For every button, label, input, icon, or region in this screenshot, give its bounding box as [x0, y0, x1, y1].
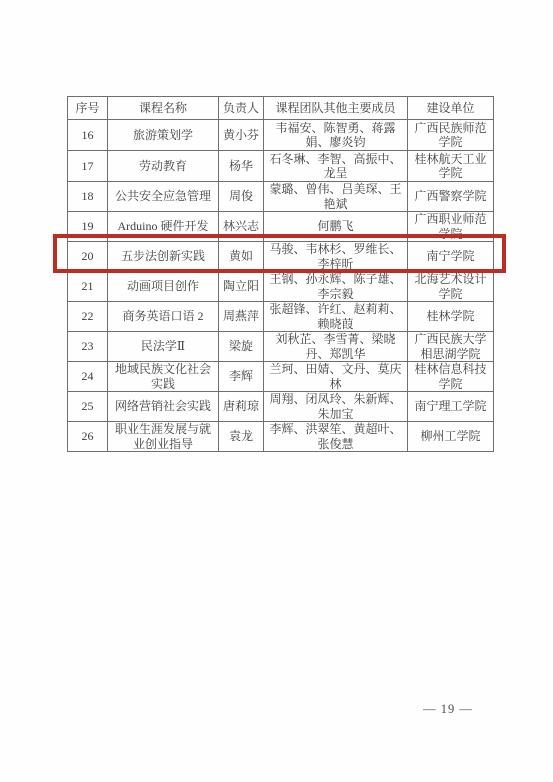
cell-members: 何鹏飞 — [264, 212, 408, 242]
cell-leader: 林兴志 — [219, 212, 264, 242]
cell-course: 民法学Ⅱ — [108, 332, 219, 362]
page-number: — 19 — — [408, 702, 488, 717]
cell-course: 地域民族文化社会实践 — [108, 362, 219, 392]
cell-unit: 广西职业师范学院 — [408, 212, 494, 242]
cell-index: 21 — [68, 272, 108, 302]
cell-unit: 柳州工学院 — [408, 422, 494, 452]
cell-leader: 周燕萍 — [219, 302, 264, 332]
table-row: 17 劳动教育 杨华 石冬琳、李智、高振中、龙呈 桂林航天工业学院 — [68, 151, 494, 182]
table-row-highlighted: 20 五步法创新实践 黄如 马骏、韦林杉、罗维长、李梓昕 南宁学院 — [68, 242, 494, 272]
cell-members: 兰珂、田婧、文丹、莫庆林 — [264, 362, 408, 392]
cell-leader: 黄小芬 — [219, 120, 264, 151]
cell-index: 16 — [68, 120, 108, 151]
table-row: 16 旅游策划学 黄小芬 韦福安、陈智勇、蒋露娟、廖炎钧 广西民族师范学院 — [68, 120, 494, 151]
cell-leader: 梁旋 — [219, 332, 264, 362]
cell-unit: 广西民族大学相思湖学院 — [408, 332, 494, 362]
cell-unit: 桂林学院 — [408, 302, 494, 332]
cell-course: 网络营销社会实践 — [108, 392, 219, 422]
cell-course: 旅游策划学 — [108, 120, 219, 151]
cell-course: 劳动教育 — [108, 151, 219, 182]
cell-course: 商务英语口语 2 — [108, 302, 219, 332]
cell-index: 26 — [68, 422, 108, 452]
cell-course: Arduino 硬件开发 — [108, 212, 219, 242]
cell-unit: 广西民族师范学院 — [408, 120, 494, 151]
cell-course: 五步法创新实践 — [108, 242, 219, 272]
table-row: 19 Arduino 硬件开发 林兴志 何鹏飞 广西职业师范学院 — [68, 212, 494, 242]
cell-index: 20 — [68, 242, 108, 272]
cell-leader: 杨华 — [219, 151, 264, 182]
table-row: 22 商务英语口语 2 周燕萍 张超锋、许红、赵莉莉、赖晓葭 桂林学院 — [68, 302, 494, 332]
cell-members: 韦福安、陈智勇、蒋露娟、廖炎钧 — [264, 120, 408, 151]
table-row: 18 公共安全应急管理 周俊 蒙璐、曾伟、吕美琛、王艳斌 广西警察学院 — [68, 182, 494, 212]
cell-leader: 唐莉琼 — [219, 392, 264, 422]
cell-unit: 桂林信息科技学院 — [408, 362, 494, 392]
table-row: 23 民法学Ⅱ 梁旋 刘秋芷、李雪菁、梁晓丹、郑凯华 广西民族大学相思湖学院 — [68, 332, 494, 362]
cell-unit: 南宁学院 — [408, 242, 494, 272]
cell-index: 19 — [68, 212, 108, 242]
cell-unit: 南宁理工学院 — [408, 392, 494, 422]
cell-unit: 北海艺术设计学院 — [408, 272, 494, 302]
cell-leader: 周俊 — [219, 182, 264, 212]
cell-course: 公共安全应急管理 — [108, 182, 219, 212]
cell-index: 23 — [68, 332, 108, 362]
cell-members: 石冬琳、李智、高振中、龙呈 — [264, 151, 408, 182]
header-cell-course: 课程名称 — [108, 97, 219, 120]
table-header-row: 序号 课程名称 负责人 课程团队其他主要成员 建设单位 — [68, 97, 494, 120]
cell-leader: 陶立阳 — [219, 272, 264, 302]
cell-leader: 黄如 — [219, 242, 264, 272]
cell-index: 17 — [68, 151, 108, 182]
table-row: 21 动画项目创作 陶立阳 王钢、孙永辉、陈子雄、李宗毅 北海艺术设计学院 — [68, 272, 494, 302]
table-row: 26 职业生涯发展与就业创业指导 袁龙 李辉、洪翠笙、黄超叶、张俊慧 柳州工学院 — [68, 422, 494, 452]
cell-members: 张超锋、许红、赵莉莉、赖晓葭 — [264, 302, 408, 332]
cell-index: 25 — [68, 392, 108, 422]
table-row: 25 网络营销社会实践 唐莉琼 周翔、闭凤玲、朱新辉、朱加宝 南宁理工学院 — [68, 392, 494, 422]
cell-course: 职业生涯发展与就业创业指导 — [108, 422, 219, 452]
cell-members: 周翔、闭凤玲、朱新辉、朱加宝 — [264, 392, 408, 422]
cell-leader: 袁龙 — [219, 422, 264, 452]
cell-unit: 广西警察学院 — [408, 182, 494, 212]
cell-course: 动画项目创作 — [108, 272, 219, 302]
cell-index: 18 — [68, 182, 108, 212]
cell-index: 22 — [68, 302, 108, 332]
cell-members: 王钢、孙永辉、陈子雄、李宗毅 — [264, 272, 408, 302]
cell-unit: 桂林航天工业学院 — [408, 151, 494, 182]
cell-members: 马骏、韦林杉、罗维长、李梓昕 — [264, 242, 408, 272]
cell-index: 24 — [68, 362, 108, 392]
header-cell-index: 序号 — [68, 97, 108, 120]
table-row: 24 地域民族文化社会实践 李辉 兰珂、田婧、文丹、莫庆林 桂林信息科技学院 — [68, 362, 494, 392]
cell-members: 刘秋芷、李雪菁、梁晓丹、郑凯华 — [264, 332, 408, 362]
cell-members: 李辉、洪翠笙、黄超叶、张俊慧 — [264, 422, 408, 452]
courses-table: 序号 课程名称 负责人 课程团队其他主要成员 建设单位 16 旅游策划学 黄小芬… — [67, 96, 494, 452]
header-cell-leader: 负责人 — [219, 97, 264, 120]
header-cell-members: 课程团队其他主要成员 — [264, 97, 408, 120]
header-cell-unit: 建设单位 — [408, 97, 494, 120]
document-page: 序号 课程名称 负责人 课程团队其他主要成员 建设单位 16 旅游策划学 黄小芬… — [0, 0, 553, 782]
cell-leader: 李辉 — [219, 362, 264, 392]
cell-members: 蒙璐、曾伟、吕美琛、王艳斌 — [264, 182, 408, 212]
